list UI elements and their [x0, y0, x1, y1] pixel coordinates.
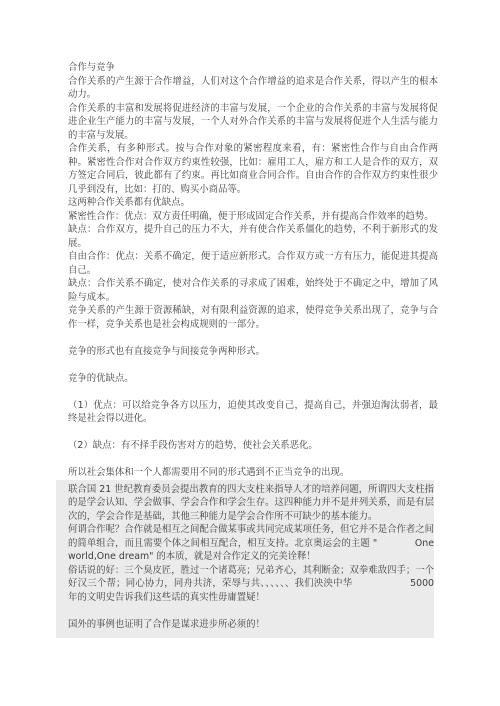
paragraph: 联合国 21 世纪教育委员会提出教育的四大支柱来指导人才的培养问题，所谓四大支柱… — [68, 483, 434, 524]
paragraph: 所以社会集体和一个人都需要用不同的形式遇到不正当竞争的出现。 — [68, 466, 438, 480]
paragraph: 合作关系的产生源于合作增益，人们对这个合作增益的追求是合作关系，得以产生的根本动… — [68, 75, 438, 102]
document-page: 合作与竞争 合作关系的产生源于合作增益，人们对这个合作增益的追求是合作关系，得以… — [0, 0, 500, 706]
paragraph: 竞争的优缺点。 — [68, 372, 438, 386]
paragraph: 缺点：合作双方，提升自己的压力不大，并有使合作关系僵化的趋势，不利于新形式的发展… — [68, 223, 438, 250]
paragraph: 何谓合作呢？合作就是相互之间配合做某事或共同完成某项任务，但它并不是合作者之间的… — [68, 523, 434, 564]
paragraph: 竞争的形式也有直接竞争与间接竞争两种形式。 — [68, 345, 438, 359]
paragraph: 俗话说的好：三个臭皮匠，胜过一个诸葛亮；兄弟齐心，其利断金；双拳难敌四手；一个好… — [68, 564, 434, 605]
highlighted-block: 联合国 21 世纪教育委员会提出教育的四大支柱来指导人才的培养问题，所谓四大支柱… — [56, 480, 434, 639]
document-title: 合作与竞争 — [68, 61, 438, 75]
body-text: 合作关系的产生源于合作增益，人们对这个合作增益的追求是合作关系，得以产生的根本动… — [68, 75, 438, 480]
paragraph: 紧密性合作：优点：双方责任明确，便于形成固定合作关系，并有提高合作效率的趋势。 — [68, 210, 438, 224]
paragraph: 这两种合作关系都有优缺点。 — [68, 196, 438, 210]
paragraph: 合作关系，有多种形式。按与合作对象的紧密程度来看，有：紧密性合作与自由合作两种。… — [68, 142, 438, 196]
paragraph: （2）缺点：有不择手段伤害对方的趋势，使社会关系恶化。 — [68, 439, 438, 453]
paragraph: 合作关系的丰富和发展将促进经济的丰富与发展，一个企业的合作关系的丰富与发展将促进… — [68, 102, 438, 143]
document-content: 合作与竞争 合作关系的产生源于合作增益，人们对这个合作增益的追求是合作关系，得以… — [68, 61, 438, 638]
paragraph: 竞争关系的产生源于资源稀缺，对有限利益资源的追求，使得竞争关系出现了，竞争与合作… — [68, 304, 438, 331]
paragraph: 缺点：合作关系不确定，使对合作关系的寻求成了困难，始终处于不确定之中，增加了风险… — [68, 277, 438, 304]
paragraph: （1）优点：可以给竞争各方以压力，迫使其改变自己，提高自己，并强迫淘汰弱者，最终… — [68, 399, 438, 426]
paragraph: 国外的事例也证明了合作是谋求进步所必须的！ — [68, 618, 434, 632]
paragraph: 自由合作：优点：关系不确定，便于适应新形式。合作双方或一方有压力，能促进其提高自… — [68, 250, 438, 277]
